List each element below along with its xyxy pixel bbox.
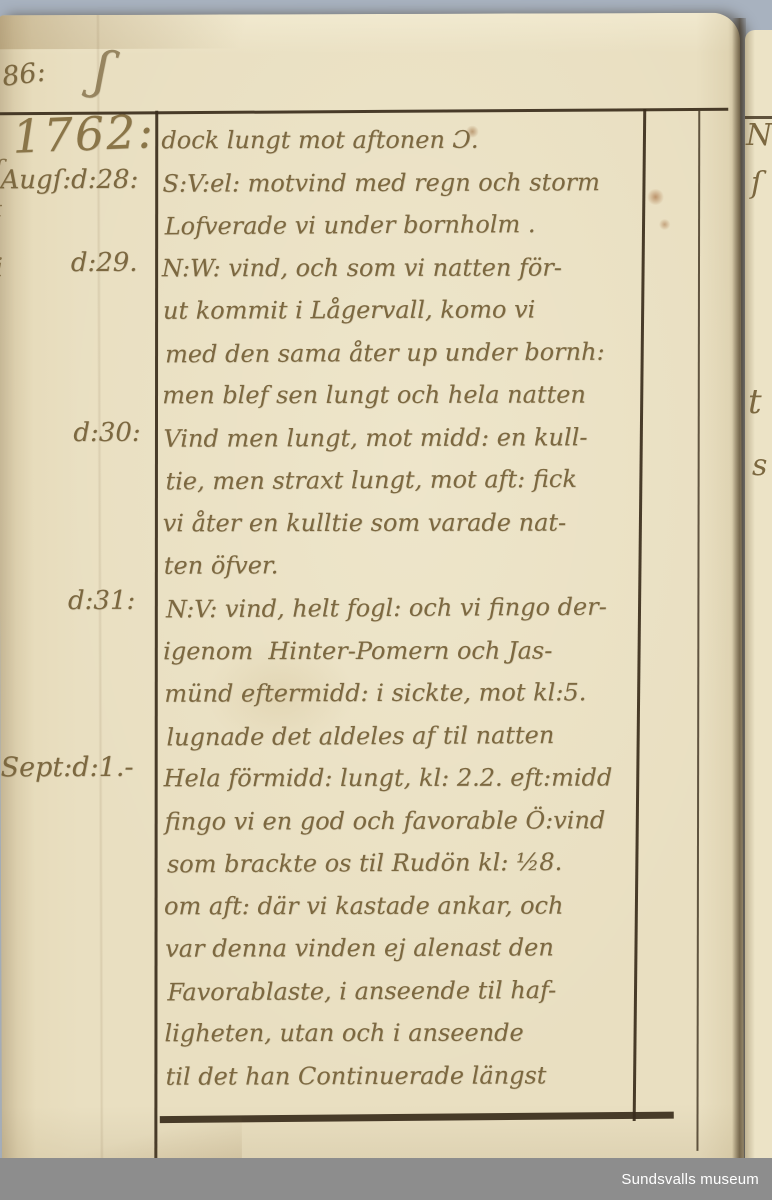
outer-margin-line	[696, 111, 700, 1151]
year-label: 1762:	[11, 104, 156, 163]
date-label-aug28: Augſ:d:28:	[0, 165, 138, 195]
facing-page-sliver: N ſ t s	[745, 30, 772, 1158]
date-label-sept1: Sept:d:1.-	[1, 752, 134, 783]
journal-line: som brackte os til Rudön kl: ½8.	[167, 841, 672, 887]
date-label-d31: d:31:	[68, 586, 135, 616]
sliver-fragment: t	[748, 382, 762, 422]
journal-line: ten öfver.	[164, 543, 669, 587]
journal-line: münd eftermidd: i sickte, mot kl:5.	[164, 671, 669, 715]
page-number: 86:	[0, 57, 47, 93]
watermark-bar: Sundsvalls museum	[0, 1158, 772, 1200]
journal-line: igenom Hinter-Pomern och Jas-	[163, 629, 668, 672]
journal-line: lugnade det aldeles af til natten	[166, 713, 671, 759]
journal-line: ut kommit i Lågervall, komo vi	[163, 288, 668, 332]
journal-line: fingo vi en god och favorable Ö:vind	[165, 799, 670, 843]
sliver-fragment: N	[746, 118, 772, 153]
edge-fragment: ſ	[0, 155, 3, 185]
journal-line: Vind men lungt, mot midd: en kull-	[163, 416, 668, 460]
column-divider-line	[154, 111, 158, 1163]
journal-line: Hela förmidd: lungt, kl: 2.2. eft:midd	[164, 757, 669, 800]
journal-line: ligheten, utan och i anseende	[164, 1012, 669, 1055]
edge-fragment: t	[0, 195, 2, 225]
pen-flourish: ʃ	[91, 40, 114, 101]
journal-line: men blef sen lungt och hela natten	[162, 374, 667, 417]
date-label-d30: d:30:	[73, 418, 140, 448]
sliver-fragment: s	[752, 448, 767, 483]
journal-line: vi åter en kulltie som varade nat-	[163, 501, 668, 544]
journal-line: til det han Continuerade längst	[166, 1054, 671, 1098]
watermark-text: Sundsvalls museum	[621, 1171, 772, 1188]
journal-line: om aft: där vi kastade ankar, och	[164, 884, 669, 927]
journal-line: Lofverade vi under bornholm .	[165, 202, 670, 248]
journal-line: N:W: vind, och som vi natten för-	[162, 246, 667, 289]
journal-text-column: dock lungt mot aftonen Ɔ. S:V:el: motvin…	[162, 118, 670, 1098]
journal-page: 86: ʃ 1762: Augſ:d:28: d:29. d:30: d:31:…	[0, 13, 744, 1200]
bottom-border-line	[160, 1112, 674, 1123]
journal-line: N:V: vind, helt fogl: och vi fingo der-	[166, 585, 671, 631]
page-gap-shadow	[732, 18, 746, 1168]
edge-fragment: i	[0, 253, 3, 283]
journal-line: med den sama åter up under bornh:	[165, 330, 670, 376]
date-label-d29: d:29.	[71, 248, 138, 278]
journal-line: var denna vinden ej alenast den	[165, 926, 670, 970]
journal-line: dock lungt mot aftonen Ɔ.	[161, 118, 666, 161]
journal-line: tie, men straxt lungt, mot aft: fick	[165, 458, 670, 504]
journal-line: Favorablaste, i anseende til haf-	[167, 968, 672, 1014]
journal-line: S:V:el: motvind med regn och storm	[162, 161, 667, 205]
sliver-fragment: ſ	[751, 166, 762, 201]
